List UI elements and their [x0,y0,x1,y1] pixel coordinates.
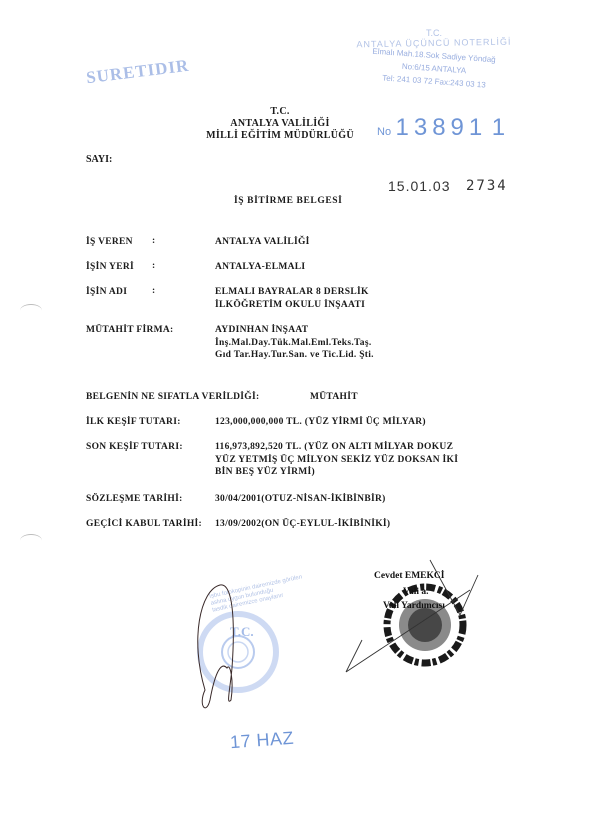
seals-and-signatures: T.C. [0,0,595,835]
notary-seal-icon: T.C. [200,614,276,690]
signatory-line-2: Vali a. [403,587,429,597]
receipt-date-stamp: 17 HAZ [229,728,294,753]
signatory-name: Cevdet EMEKCİ [374,571,444,581]
signatory-title: Vali Yardımcısı [383,601,445,611]
official-seal-icon [387,587,463,663]
